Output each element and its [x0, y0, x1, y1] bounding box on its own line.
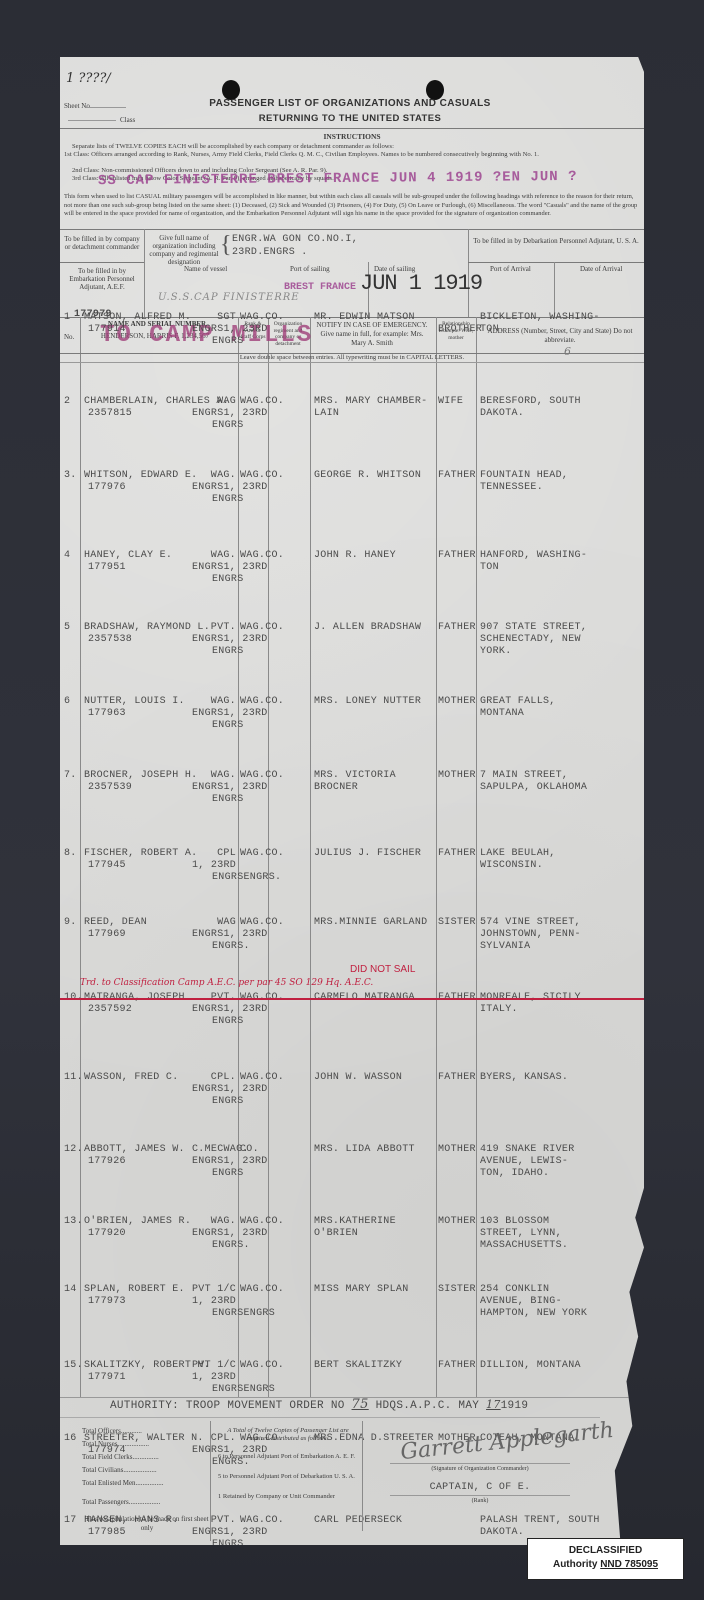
entries-top-rule — [60, 362, 644, 363]
class-line — [68, 120, 116, 121]
entry-rank: PVT. — [192, 622, 236, 634]
entry-org-line-1: WAG.CO. — [240, 1072, 284, 1084]
entry-org-line-1: WAG.CO. — [240, 917, 284, 929]
entry-address-line-1: 7 MAIN STREET, — [480, 770, 568, 782]
entry-notify-line-1: BERT SKALITZKY — [314, 1360, 402, 1372]
entry-org-line-2: ENGRS1, 23RD — [192, 929, 268, 941]
org-rule-right — [468, 262, 644, 263]
entry-address-line-2: ITALY. — [480, 1004, 518, 1016]
entry-org-line-1: WAG.CO. — [240, 550, 284, 562]
vessel-label: Name of vessel — [184, 265, 227, 273]
entry-org-line-3: ENGRSENGRS. — [212, 872, 281, 884]
authority-prefix: AUTHORITY: TROOP MOVEMENT ORDER NO — [110, 1400, 345, 1412]
entry-address-line-1: LAKE BEULAH, — [480, 848, 556, 860]
org-name-line-2: 23RD.ENGRS . — [232, 247, 308, 259]
entry-org-line-2: ENGRS1, 23RD — [192, 1004, 268, 1016]
date-arrival-label: Date of Arrival — [580, 265, 622, 273]
entry-address-line-2: TON. — [480, 324, 505, 336]
entry-address-line-1: 907 STATE STREET, — [480, 622, 587, 634]
entry-notify-line-1: MRS. LONEY NUTTER — [314, 696, 421, 708]
embark-fill-label: To be filled in by Embarkation Personnel… — [64, 267, 140, 291]
entry-notify-line-1: MRS. VICTORIA — [314, 770, 396, 782]
entry-notify-line-1: JOHN W. WASSON — [314, 1072, 402, 1084]
entry-relationship: FATHER — [438, 470, 476, 482]
entry-relationship: WIFE — [438, 396, 463, 408]
entry-org-line-2: 1, 23RD — [192, 1296, 236, 1308]
entry-address-line-1: BYERS, KANSAS. — [480, 1072, 568, 1084]
page-subtitle: RETURNING TO THE UNITED STATES — [140, 113, 560, 124]
entry-name: MATSON, ALFRED M. — [84, 312, 191, 324]
entry-org-line-3: ENGRS — [212, 336, 244, 348]
entry-org-line-3: ENGRS — [212, 494, 244, 506]
entry-number: 15. — [64, 1360, 83, 1372]
entry-notify-line-1: MRS. MARY CHAMBER- — [314, 396, 427, 408]
sheet-number-handwritten: 1 ????/ — [66, 71, 111, 86]
entry-serial: 177971 — [88, 1372, 126, 1384]
entry-org-line-2: ENGRS1, 23RD — [192, 408, 268, 420]
port-arrival-label: Port of Arrival — [490, 265, 531, 273]
entry-address-line-2: MONTANA — [480, 708, 524, 720]
entry-org-line-2: ENGRS1, 23RD — [192, 562, 268, 574]
instructions-heading: INSTRUCTIONS — [60, 133, 644, 141]
page-title: PASSENGER LIST OF ORGANIZATIONS AND CASU… — [140, 98, 560, 109]
instructions-rule — [60, 229, 644, 230]
entry-address-line-1: 103 BLOSSOM — [480, 1216, 549, 1228]
entry-address-line-3: YORK. — [480, 646, 512, 658]
punch-hole-left — [222, 80, 240, 100]
col-notify: NOTIFY IN CASE OF EMERGENCY. Give name i… — [314, 321, 430, 348]
signature-rule — [390, 1463, 570, 1464]
entry-address-line-2: DAKOTA. — [480, 408, 524, 420]
header-rule — [60, 128, 644, 129]
total-nurses: Total Nurses.................. — [82, 1438, 212, 1451]
entry-rank: WAG — [192, 396, 236, 408]
signature-label: (Signature of Organization Commander) — [390, 1465, 570, 1473]
org-divider-4 — [554, 262, 555, 317]
entry-number: 12. — [64, 1144, 83, 1156]
entry-org-line-3: ENGRSENGRS — [212, 1384, 275, 1396]
entry-relationship: FATHER — [438, 550, 476, 562]
entry-org-line-2: 1, 23RD — [192, 860, 236, 872]
transfer-annotation: Trd. to Classification Camp A.E.C. per p… — [80, 978, 373, 988]
entry-org-line-1: WAG.CO. — [240, 1284, 284, 1296]
footer-divider-1 — [210, 1421, 211, 1541]
passenger-list-sheet: 1 ????/ Sheet No. Class PASSENGER LIST O… — [60, 57, 644, 1545]
distribution-embarkation: 6 to Personnel Adjutant Port of Embarkat… — [218, 1453, 358, 1461]
entry-name: REED, DEAN — [84, 917, 147, 929]
entry-serial: 177945 — [88, 860, 126, 872]
entry-number: 3. — [64, 470, 77, 482]
entry-rank: WAG. — [192, 550, 236, 562]
entry-name: NUTTER, LOUIS I. — [84, 696, 185, 708]
entry-relationship: BROTHER — [438, 324, 482, 336]
entry-rank: WAG. — [192, 770, 236, 782]
entry-serial: 177926 — [88, 1156, 126, 1168]
entry-org-line-3: ENGRS — [212, 1016, 244, 1028]
entry-number: 13. — [64, 1216, 83, 1228]
entry-relationship: FATHER — [438, 1360, 476, 1372]
entry-notify-line-1: CARL PEDERSECK — [314, 1515, 402, 1527]
port-sailing-stamp: BREST FRANCE — [284, 282, 356, 293]
entry-org-line-3: ENGRS. — [212, 1240, 250, 1252]
declassified-text: DECLASSIFIED — [528, 1544, 683, 1558]
entry-relationship: FATHER — [438, 848, 476, 860]
brace: { — [220, 233, 232, 257]
entry-notify-line-1: MR. EDWIN MATSON — [314, 312, 415, 324]
totals-block: Total Officers............ Total Nurses.… — [82, 1425, 212, 1533]
entry-org-line-3: ENGRS — [212, 720, 244, 732]
entry-address-line-1: GREAT FALLS, — [480, 696, 556, 708]
entry-address-line-1: DILLION, MONTANA — [480, 1360, 581, 1372]
entry-address-line-1: 574 VINE STREET, — [480, 917, 581, 929]
entry-notify-line-1: JOHN R. HANEY — [314, 550, 396, 562]
entry-org-line-1: WAG.CO. — [240, 470, 284, 482]
entry-notify-line-2: O'BRIEN — [314, 1228, 358, 1240]
entry-relationship: SISTER — [438, 917, 476, 929]
entry-name: ABBOTT, JAMES W. — [84, 1144, 185, 1156]
entry-address-line-2: SCHENECTADY, NEW — [480, 634, 581, 646]
entry-number: 8. — [64, 848, 77, 860]
entry-org-line-3: ENGRS — [212, 794, 244, 806]
entry-address-line-2: DAKOTA. — [480, 1527, 524, 1539]
org-prompt: Give full name of organization including… — [148, 234, 220, 266]
entry-rank: CPL. — [192, 1072, 236, 1084]
entry-org-line-2: ENGRS1, 23RD — [192, 324, 268, 336]
commander-signature: Garrett Applegarth — [399, 1418, 615, 1465]
entry-number: 16 — [64, 1433, 77, 1445]
total-passengers: Total Passengers.................. — [82, 1496, 212, 1509]
entry-relationship: FATHER — [438, 1072, 476, 1084]
entry-serial: 177914 — [88, 324, 126, 336]
entry-org-line-2: ENGRS1, 23RD — [192, 782, 268, 794]
entry-org-line-1: WAG.CO. — [240, 396, 284, 408]
entry-org-line-2: ENGRS1, 23RD — [192, 634, 268, 646]
entry-name: BROCNER, JOSEPH H. — [84, 770, 197, 782]
total-officers: Total Officers............ — [82, 1425, 212, 1438]
entry-org-line-3: ENGRSENGRS — [212, 1308, 275, 1320]
punch-hole-right — [426, 80, 444, 100]
rank-rule — [390, 1495, 570, 1496]
entry-notify-line-1: MRS.KATHERINE — [314, 1216, 396, 1228]
entry-relationship: MOTHER — [438, 1144, 476, 1156]
did-not-sail-annotation: DID NOT SAIL — [350, 964, 415, 975]
entry-org-line-2: ENGRS1, 23RD — [192, 708, 268, 720]
entry-org-line-2: ENGRS1, 23RD — [192, 1084, 268, 1096]
entry-address-line-3: TON, IDAHO. — [480, 1168, 549, 1180]
entry-notify-line-1: MISS MARY SPLAN — [314, 1284, 409, 1296]
total-field-clerks: Total Field Clerks............... — [82, 1451, 212, 1464]
entry-address-line-2: SAPULPA, OKLAHOMA — [480, 782, 587, 794]
entry-relationship: MOTHER — [438, 770, 476, 782]
entry-address-line-2: STREET, LYNN, — [480, 1228, 562, 1240]
typing-note: Leave double space between entries. All … — [60, 354, 644, 362]
entry-notify-line-1: MRS. LIDA ABBOTT — [314, 1144, 415, 1156]
entry-org-line-1: WAG.CO. — [240, 1216, 284, 1228]
authority-label: Authority — [553, 1559, 597, 1570]
embarkation-stamp: SS CAP FINISTERRE BREST FRANCE JUN 4 191… — [98, 169, 578, 189]
entry-rank: C.MECWAG. — [192, 1144, 236, 1156]
entry-org-line-1: WAG.CO. — [240, 1360, 284, 1372]
entry-name: FISCHER, ROBERT A. — [84, 848, 197, 860]
entry-address-line-2: TENNESSEE. — [480, 482, 543, 494]
entry-rank: WAG. — [192, 470, 236, 482]
total-civilians: Total Civilians................... — [82, 1464, 212, 1477]
rank-label: (Rank) — [390, 1497, 570, 1505]
entry-address-line-1: BERESFORD, SOUTH — [480, 396, 581, 408]
entry-address-line-2: TON — [480, 562, 499, 574]
entry-relationship: SISTER — [438, 1284, 476, 1296]
distribution-heading: A Total of Twelve Copies of Passenger Li… — [218, 1427, 358, 1443]
entry-address-line-2: AVENUE, BING- — [480, 1296, 562, 1308]
entry-org-line-3: ENGRS — [212, 420, 244, 432]
entry-number: 5 — [64, 622, 70, 634]
entry-number: 9. — [64, 917, 77, 929]
entry-serial: 177973 — [88, 1296, 126, 1308]
class-label: Class — [120, 116, 135, 124]
sheet-number: 1 — [66, 71, 74, 86]
entry-serial: 2357815 — [88, 408, 132, 420]
entry-address-line-1: 419 SNAKE RIVER — [480, 1144, 575, 1156]
margin-mark: 6 — [564, 345, 571, 358]
entry-name: WHITSON, EDWARD E. — [84, 470, 197, 482]
entry-name: SPLAN, ROBERT E. — [84, 1284, 185, 1296]
entry-rank: WAG. — [192, 696, 236, 708]
authority-code: NND 785095 — [600, 1559, 658, 1570]
entry-org-line-2: ENGRS1, 23RD — [192, 1228, 268, 1240]
footer-divider-2 — [362, 1421, 363, 1531]
entry-org-line-3: ENGRS — [212, 1096, 244, 1108]
entry-address-line-1: FOUNTAIN HEAD, — [480, 470, 568, 482]
company-fill-label: To be filled in by company or detachment… — [64, 235, 140, 251]
entry-notify-line-2: BROCNER — [314, 782, 358, 794]
instructions-casuals: This form when used to list CASUAL milit… — [64, 193, 640, 219]
entry-serial: 177976 — [88, 482, 126, 494]
org-rule-left — [60, 262, 144, 263]
entry-serial: 177951 — [88, 562, 126, 574]
entry-address-line-1: 254 CONKLIN — [480, 1284, 549, 1296]
entry-org-line-1: WAG.CO. — [240, 312, 284, 324]
entry-address-line-1: BICKLETON, WASHING- — [480, 312, 600, 324]
entry-address-line-1: HANFORD, WASHING- — [480, 550, 587, 562]
col-no: No. — [64, 333, 74, 341]
entry-number: 1 — [64, 312, 70, 324]
entry-org-line-3: ENGRS — [212, 1168, 244, 1180]
distribution-retained: 1 Retained by Company or Unit Commander — [218, 1493, 358, 1501]
entry-org-line-2: ENGRS1, 23RD — [192, 1156, 268, 1168]
entry-address-line-3: HAMPTON, NEW YORK — [480, 1308, 587, 1320]
entry-org-line-1: WAG.CO. — [240, 848, 284, 860]
recap-note: This recapitulation to be made on first … — [82, 1515, 212, 1533]
entry-number: 7. — [64, 770, 77, 782]
entry-number: 6 — [64, 696, 70, 708]
sheet-scribble: ????/ — [78, 71, 110, 86]
entry-org-line-3: ENGRS — [212, 646, 244, 658]
entry-address-line-2: AVENUE, LEWIS- — [480, 1156, 568, 1168]
authority-hq: HDQS.A.P.C. MAY — [376, 1400, 480, 1412]
entry-org-line-1: WAG.CO. — [240, 1515, 284, 1527]
entry-org-line-1: WAG.CO. — [240, 696, 284, 708]
entry-number: 14 — [64, 1284, 77, 1296]
authority-day: 17 — [486, 1398, 501, 1411]
entry-notify-line-1: MRS.MINNIE GARLAND — [314, 917, 427, 929]
entry-org-line-1: WAG.CO. — [240, 622, 284, 634]
entry-notify-line-1: JULIUS J. FISCHER — [314, 848, 421, 860]
declassified-authority: Authority NND 785095 — [528, 1558, 683, 1572]
entry-name: WASSON, FRED C. — [84, 1072, 179, 1084]
entry-notify-line-1: GEORGE R. WHITSON — [314, 470, 421, 482]
org-divider-1 — [144, 229, 145, 317]
entry-address-line-3: SYLVANIA — [480, 941, 530, 953]
debark-fill-label: To be filled in by Debarkation Personnel… — [472, 237, 640, 245]
entry-number: 11. — [64, 1072, 83, 1084]
entry-relationship: MOTHER — [438, 696, 476, 708]
entry-relationship: FATHER — [438, 622, 476, 634]
entry-org-line-3: ENGRS. — [212, 941, 250, 953]
commander-rank: CAPTAIN, C OF E. — [390, 1482, 570, 1494]
instructions-line-2: 1st Class: Officers arranged according t… — [64, 151, 640, 159]
entry-address-line-3: MASSACHUSETTS. — [480, 1240, 568, 1252]
org-name-line-1: ENGR.WA GON CO.NO.I, — [232, 234, 358, 246]
sheet-no-label: Sheet No. — [64, 102, 92, 110]
authority-rule — [60, 1417, 600, 1418]
entry-serial: 177963 — [88, 708, 126, 720]
entry-number: 4 — [64, 550, 70, 562]
entry-rank: WAG — [192, 917, 236, 929]
entry-notify-line-1: J. ALLEN BRADSHAW — [314, 622, 421, 634]
entry-org-line-3: ENGRS — [212, 574, 244, 586]
entry-org-line-1: CO. — [240, 1144, 259, 1156]
entry-address-line-1: PALASH TRENT, SOUTH — [480, 1515, 600, 1527]
entry-serial: 177920 — [88, 1228, 126, 1240]
order-number: 75 — [352, 1397, 369, 1412]
entry-serial: 2357538 — [88, 634, 132, 646]
entry-number: 2 — [64, 396, 70, 408]
instructions-line-1: Separate lists of TWELVE COPIES EACH wil… — [72, 143, 640, 151]
authority-year: 1919 — [501, 1400, 529, 1412]
declassified-label: DECLASSIFIED Authority NND 785095 — [527, 1538, 684, 1580]
col-divider-no — [80, 317, 81, 1397]
entry-serial: 177969 — [88, 929, 126, 941]
entry-org-line-1: WAG.CO. — [240, 770, 284, 782]
entry-org-line-2: 1, 23RD — [192, 1372, 236, 1384]
entry-rank: SGT — [192, 312, 236, 324]
entry-relationship: MOTHER — [438, 1216, 476, 1228]
entry-name: HANEY, CLAY E. — [84, 550, 172, 562]
port-sailing-label: Port of sailing — [290, 265, 330, 273]
col-divider-notify — [436, 317, 437, 1397]
entry-number: 17 — [64, 1515, 77, 1527]
entry-org-line-2: ENGRS1, 23RD — [192, 482, 268, 494]
entry-rank: WAG. — [192, 1216, 236, 1228]
entry-serial: 2357592 — [88, 1004, 132, 1016]
entry-notify-line-2: LAIN — [314, 408, 339, 420]
entry-address-line-2: WISCONSIN. — [480, 860, 543, 872]
col-divider-org — [310, 317, 311, 1397]
col-divider-relationship — [476, 317, 477, 1397]
date-sailing-stamp: JUN 1 1919 — [360, 271, 482, 296]
distribution-block: A Total of Twelve Copies of Passenger Li… — [218, 1427, 358, 1501]
sheet-no-line — [86, 107, 126, 108]
entry-serial: 2357539 — [88, 782, 132, 794]
entry-address-line-2: JOHNSTOWN, PENN- — [480, 929, 581, 941]
vessel-value: U.S.S.CAP FINISTERRE — [158, 292, 300, 303]
entry-rank: CPL — [192, 848, 236, 860]
entry-rank: PVT 1/C — [192, 1284, 236, 1296]
entry-name: O'BRIEN, JAMES R. — [84, 1216, 191, 1228]
distribution-debarkation: 5 to Personnel Adjutant Port of Debarkat… — [218, 1473, 358, 1481]
strike-through-line — [60, 998, 644, 1000]
entry-rank: PVT 1/C — [192, 1360, 236, 1372]
authority-line: AUTHORITY: TROOP MOVEMENT ORDER NO 75 HD… — [110, 1399, 528, 1412]
total-enlisted-men: Total Enlisted Men................ — [82, 1477, 212, 1490]
